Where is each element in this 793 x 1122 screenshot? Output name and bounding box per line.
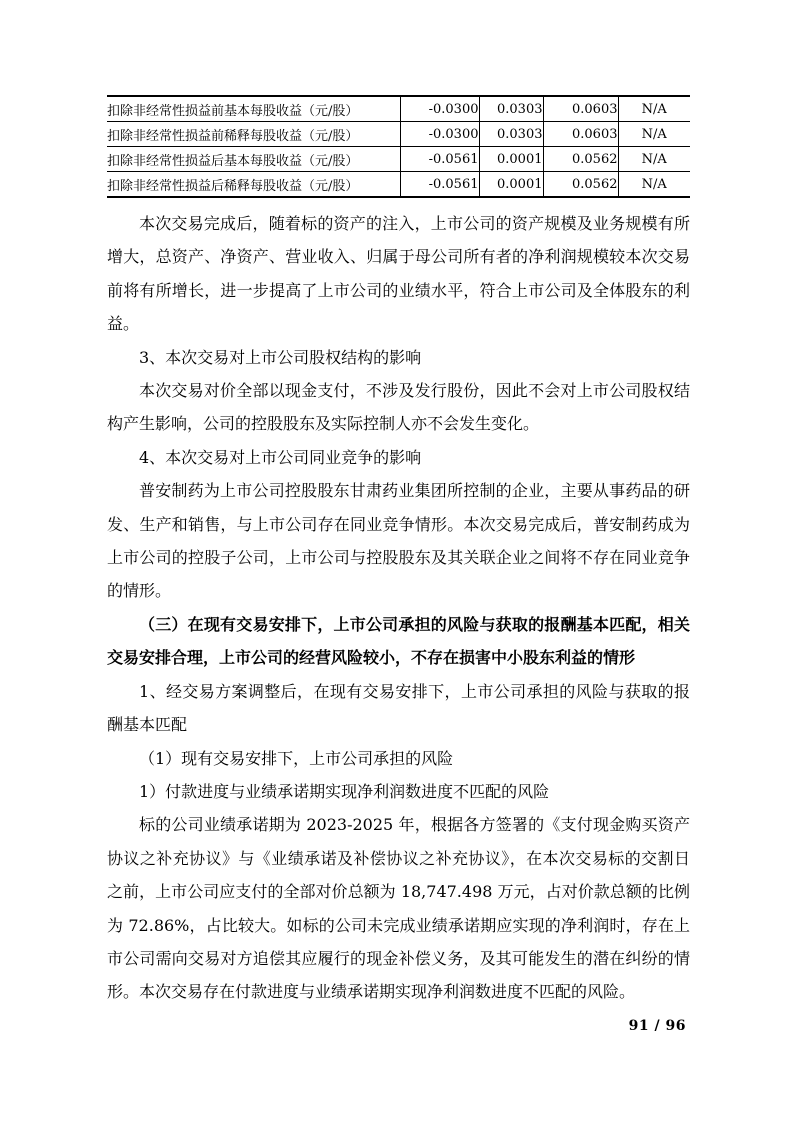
page-content: 扣除非经常性损益前基本每股收益（元/股） -0.0300 0.0303 0.06… [107, 95, 690, 1009]
table-row: 扣除非经常性损益后基本每股收益（元/股） -0.0561 0.0001 0.05… [107, 147, 690, 172]
table-cell-value: N/A [618, 122, 690, 147]
paragraph-equity-structure: 本次交易对价全部以现金支付，不涉及发行股份，因此不会对上市公司股权结构产生影响，… [107, 374, 690, 441]
table-cell-value: 0.0303 [479, 96, 543, 122]
table-row: 扣除非经常性损益前稀释每股收益（元/股） -0.0300 0.0303 0.06… [107, 122, 690, 147]
table-row: 扣除非经常性损益前基本每股收益（元/股） -0.0300 0.0303 0.06… [107, 96, 690, 122]
table-cell-label: 扣除非经常性损益前稀释每股收益（元/股） [107, 122, 400, 147]
table-cell-value: 0.0562 [543, 147, 618, 172]
table-row: 扣除非经常性损益后稀释每股收益（元/股） -0.0561 0.0001 0.05… [107, 172, 690, 198]
table-cell-value: -0.0300 [400, 122, 479, 147]
table-cell-value: N/A [618, 172, 690, 198]
table-cell-value: -0.0561 [400, 172, 479, 198]
paragraph-payment-risk-detail: 标的公司业绩承诺期为 2023-2025 年，根据各方签署的《支付现金购买资产协… [107, 808, 690, 1008]
table-cell-value: N/A [618, 96, 690, 122]
table-cell-value: -0.0300 [400, 96, 479, 122]
table-cell-value: 0.0603 [543, 96, 618, 122]
document-page: 扣除非经常性损益前基本每股收益（元/股） -0.0300 0.0303 0.06… [0, 0, 793, 1122]
table-cell-value: 0.0603 [543, 122, 618, 147]
heading-equity-structure: 3、本次交易对上市公司股权结构的影响 [107, 341, 690, 374]
table-cell-value: N/A [618, 147, 690, 172]
table-cell-value: 0.0001 [479, 172, 543, 198]
page-number: 91 / 96 [629, 1018, 686, 1034]
table-cell-value: 0.0562 [543, 172, 618, 198]
table-cell-label: 扣除非经常性损益后稀释每股收益（元/股） [107, 172, 400, 198]
item-payment-progress-risk: 1）付款进度与业绩承诺期实现净利润数进度不匹配的风险 [107, 775, 690, 808]
paragraph-transaction-effect: 本次交易完成后，随着标的资产的注入，上市公司的资产规模及业务规模有所增大，总资产… [107, 207, 690, 341]
table-cell-value: -0.0561 [400, 147, 479, 172]
paragraph-industry-competition: 普安制药为上市公司控股股东甘肃药业集团所控制的企业，主要从事药品的研发、生产和销… [107, 474, 690, 608]
item-risks-borne: （1）现有交易安排下，上市公司承担的风险 [107, 742, 690, 775]
body-text: 本次交易完成后，随着标的资产的注入，上市公司的资产规模及业务规模有所增大，总资产… [107, 207, 690, 1009]
eps-table: 扣除非经常性损益前基本每股收益（元/股） -0.0300 0.0303 0.06… [107, 95, 690, 198]
heading-industry-competition: 4、本次交易对上市公司同业竞争的影响 [107, 441, 690, 474]
heading-section-three: （三）在现有交易安排下，上市公司承担的风险与获取的报酬基本匹配，相关交易安排合理… [107, 608, 690, 675]
table-cell-value: 0.0303 [479, 122, 543, 147]
table-cell-value: 0.0001 [479, 147, 543, 172]
table-cell-label: 扣除非经常性损益后基本每股收益（元/股） [107, 147, 400, 172]
table-cell-label: 扣除非经常性损益前基本每股收益（元/股） [107, 96, 400, 122]
item-risk-reward-match: 1、经交易方案调整后，在现有交易安排下，上市公司承担的风险与获取的报酬基本匹配 [107, 675, 690, 742]
